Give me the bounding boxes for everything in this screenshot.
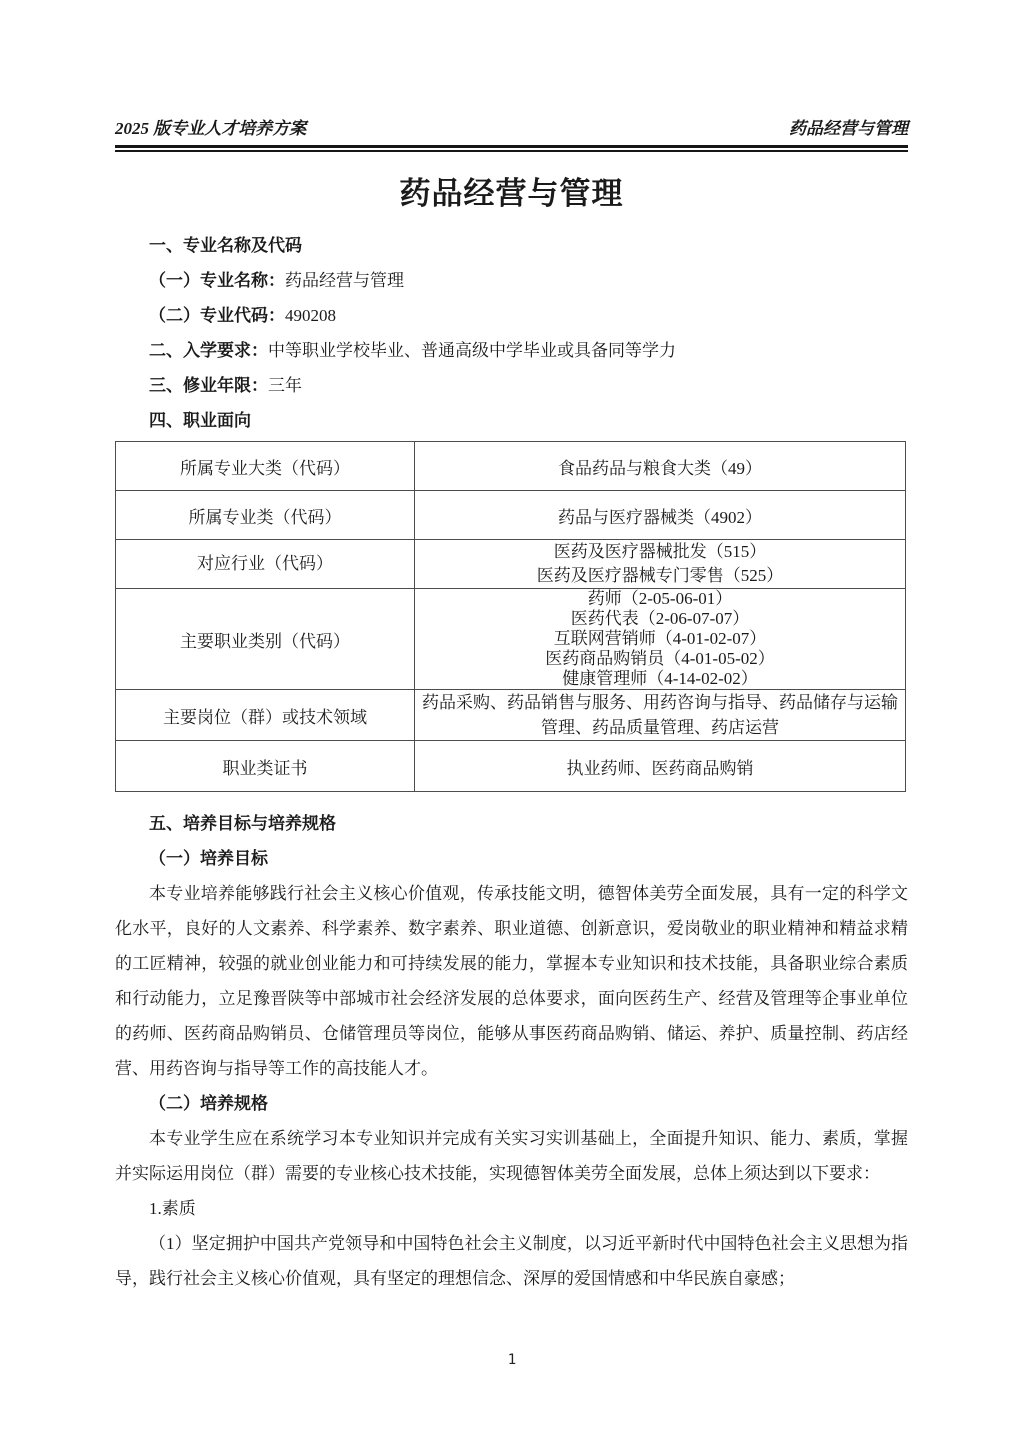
goals-section: 五、培养目标与培养规格 （一）培养目标 本专业培养能够践行社会主义核心价值观，传… xyxy=(115,806,908,1296)
row-label: 所属专业大类（代码） xyxy=(116,442,415,491)
entry-requirement-label: 二、入学要求： xyxy=(149,341,268,360)
career-orientation-table: 所属专业大类（代码） 食品药品与粮食大类（49） 所属专业类（代码） 药品与医疗… xyxy=(115,441,906,792)
major-name-label: （一）专业名称： xyxy=(149,271,285,290)
quality-item-1: （1）坚定拥护中国共产党领导和中国特色社会主义制度，以习近平新时代中国特色社会主… xyxy=(115,1226,908,1296)
training-goal-heading: （一）培养目标 xyxy=(115,841,908,876)
table-row-industry: 对应行业（代码） 医药及医疗器械批发（515） 医药及医疗器械专门零售（525） xyxy=(116,540,906,589)
section-5-heading: 五、培养目标与培养规格 xyxy=(115,806,908,841)
row-value: 药品与医疗器械类（4902） xyxy=(415,491,906,540)
table-row-positions: 主要岗位（群）或技术领域 药品采购、药品销售与服务、用药咨询与指导、药品储存与运… xyxy=(116,690,906,741)
training-spec-heading: （二）培养规格 xyxy=(115,1086,908,1121)
header-left-text: 2025 版专业人才培养方案 xyxy=(115,118,306,140)
table-row-major-class: 所属专业类（代码） 药品与医疗器械类（4902） xyxy=(116,491,906,540)
study-years-value: 三年 xyxy=(268,376,302,395)
page-title: 药品经营与管理 xyxy=(115,174,908,214)
row-value: 药师（2-05-06-01） 医药代表（2-06-07-07） 互联网营销师（4… xyxy=(415,589,906,690)
major-name-value: 药品经营与管理 xyxy=(285,271,404,290)
row-label: 所属专业类（代码） xyxy=(116,491,415,540)
row-value: 执业药师、医药商品购销 xyxy=(415,741,906,792)
occupation-line-1: 药师（2-05-06-01） xyxy=(417,589,903,609)
occupation-line-5: 健康管理师（4-14-02-02） xyxy=(417,669,903,689)
occupation-line-3: 互联网营销师（4-01-02-07） xyxy=(417,629,903,649)
row-label: 职业类证书 xyxy=(116,741,415,792)
header-right-text: 药品经营与管理 xyxy=(789,118,908,140)
industry-line-1: 医药及医疗器械批发（515） xyxy=(417,540,903,564)
occupation-line-4: 医药商品购销员（4-01-05-02） xyxy=(417,649,903,669)
quality-heading: 1.素质 xyxy=(115,1191,908,1226)
major-name-line: （一）专业名称：药品经营与管理 xyxy=(115,263,908,298)
major-code-label: （二）专业代码： xyxy=(149,306,285,325)
study-years-label: 三、修业年限： xyxy=(149,376,268,395)
row-value: 医药及医疗器械批发（515） 医药及医疗器械专门零售（525） xyxy=(415,540,906,589)
industry-line-2: 医药及医疗器械专门零售（525） xyxy=(417,564,903,588)
entry-requirement-line: 二、入学要求：中等职业学校毕业、普通高级中学毕业或具备同等学力 xyxy=(115,333,908,368)
table-row-major-category: 所属专业大类（代码） 食品药品与粮食大类（49） xyxy=(116,442,906,491)
header-rule xyxy=(115,145,908,152)
section-4-heading: 四、职业面向 xyxy=(115,403,908,438)
entry-requirement-value: 中等职业学校毕业、普通高级中学毕业或具备同等学力 xyxy=(268,341,676,360)
page-header: 2025 版专业人才培养方案 药品经营与管理 xyxy=(115,118,908,140)
row-label: 对应行业（代码） xyxy=(116,540,415,589)
row-value: 药品采购、药品销售与服务、用药咨询与指导、药品储存与运输管理、药品质量管理、药店… xyxy=(415,690,906,741)
study-years-line: 三、修业年限：三年 xyxy=(115,368,908,403)
occupation-line-2: 医药代表（2-06-07-07） xyxy=(417,609,903,629)
major-code-line: （二）专业代码：490208 xyxy=(115,298,908,333)
page-number: 1 xyxy=(0,1352,1024,1368)
section-list: 一、专业名称及代码 （一）专业名称：药品经营与管理 （二）专业代码：490208… xyxy=(115,228,908,438)
major-code-value: 490208 xyxy=(285,306,336,325)
table-row-occupations: 主要职业类别（代码） 药师（2-05-06-01） 医药代表（2-06-07-0… xyxy=(116,589,906,690)
training-goal-paragraph: 本专业培养能够践行社会主义核心价值观，传承技能文明，德智体美劳全面发展，具有一定… xyxy=(115,876,908,1086)
document-page: 2025 版专业人才培养方案 药品经营与管理 药品经营与管理 一、专业名称及代码… xyxy=(0,118,1024,1296)
section-1-heading: 一、专业名称及代码 xyxy=(115,228,908,263)
row-label: 主要职业类别（代码） xyxy=(116,589,415,690)
table-row-certificates: 职业类证书 执业药师、医药商品购销 xyxy=(116,741,906,792)
row-value: 食品药品与粮食大类（49） xyxy=(415,442,906,491)
training-spec-paragraph: 本专业学生应在系统学习本专业知识并完成有关实习实训基础上，全面提升知识、能力、素… xyxy=(115,1121,908,1191)
row-label: 主要岗位（群）或技术领域 xyxy=(116,690,415,741)
